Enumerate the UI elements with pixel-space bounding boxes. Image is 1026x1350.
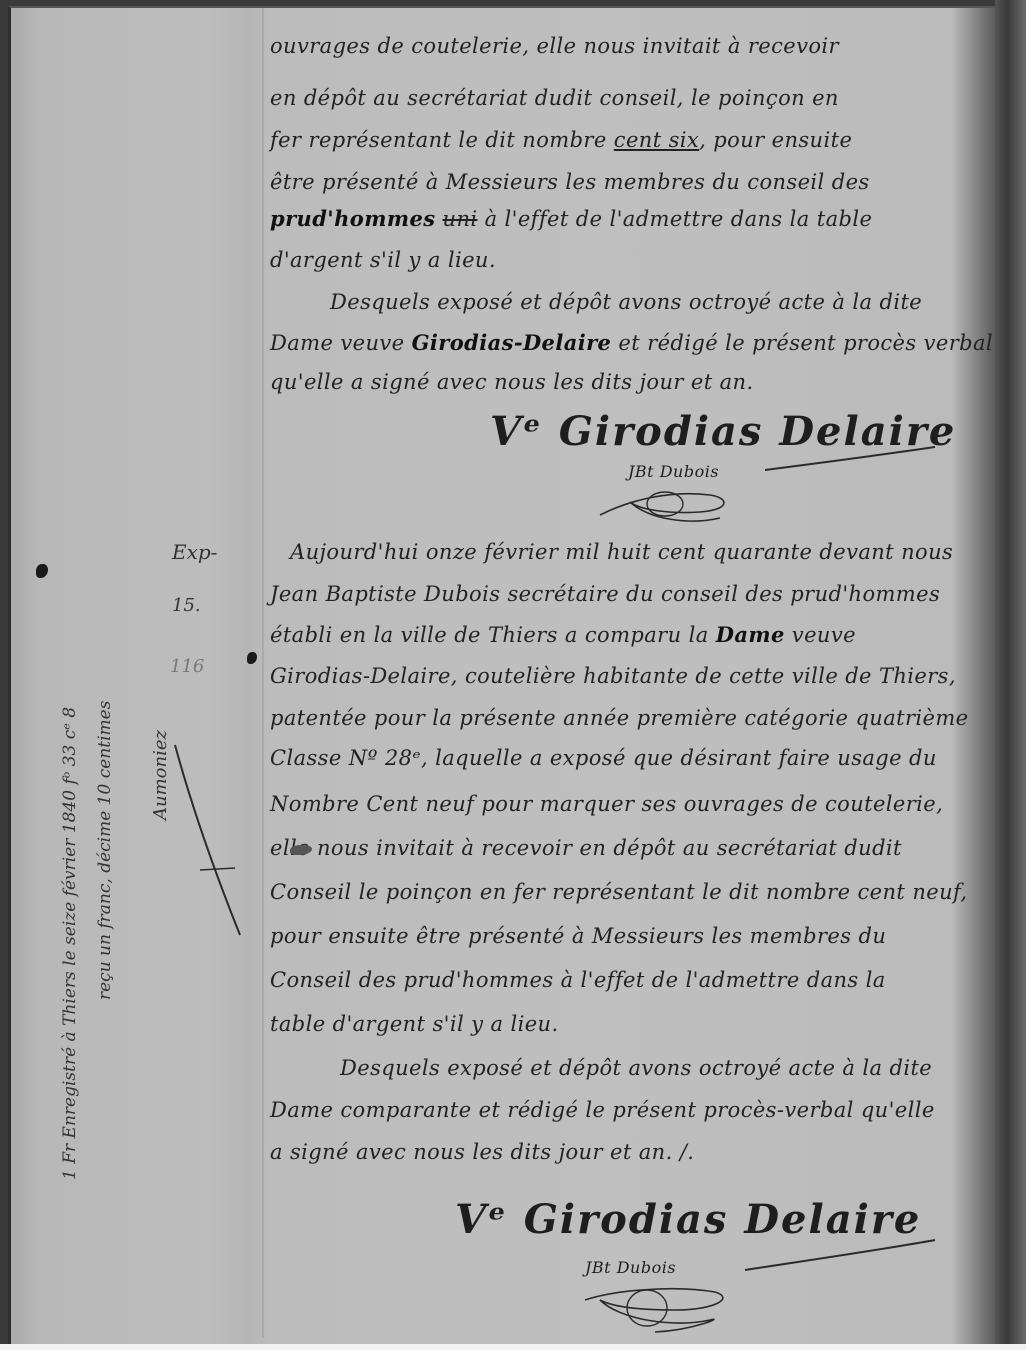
entry2-line-10: pour ensuite être présenté à Messieurs l… <box>270 924 886 948</box>
margin-registration-line-1: 1 Fr Enregistré à Thiers le seize févrie… <box>60 707 80 1180</box>
entry2-line-11: Conseil des prud'hommes à l'effet de l'a… <box>270 968 886 992</box>
entry1-line-4: être présenté à Messieurs les membres du… <box>270 170 870 194</box>
entry2-line-5: patentée pour la présente année première… <box>270 706 969 730</box>
entry1-line-3-text: fer représentant le dit nombre <box>270 128 607 152</box>
entry2-line-3-tail: veuve <box>785 623 856 647</box>
entry2-line-8: elle nous invitait à recevoir en dépôt a… <box>270 836 902 860</box>
signature-underline-stroke-1 <box>760 445 940 475</box>
entry2-line-4: Girodias-Delaire, coutelière habitante d… <box>270 664 956 688</box>
entry2-line-3: établi en la ville de Thiers a comparu l… <box>270 622 856 647</box>
entry2-closing-3: a signé avec nous les dits jour et an. /… <box>270 1140 694 1164</box>
entry1-line-1: ouvrages de coutelerie, elle nous invita… <box>270 34 839 58</box>
entry2-line-9: Conseil le poinçon en fer représentant l… <box>270 880 968 904</box>
entry2-closing-1: Desquels exposé et dépôt avons octroyé a… <box>340 1056 932 1080</box>
entry2-line-2: Jean Baptiste Dubois secrétaire du conse… <box>270 582 940 606</box>
signature-dubois-2: JBt Dubois <box>585 1258 676 1277</box>
entry2-line-1: Aujourd'hui onze février mil huit cent q… <box>290 540 953 564</box>
margin-note-faint-number: 116 <box>170 656 204 677</box>
name-girodias-delaire: Girodias-Delaire <box>412 330 612 355</box>
word-dame: Dame <box>716 622 785 647</box>
entry2-line-6: Classe Nº 28ᵉ, laquelle a exposé que dés… <box>270 746 937 770</box>
entry1-line-5-text: prud'hommes <box>270 206 435 231</box>
paraph-flourish-2 <box>575 1280 735 1340</box>
signature-underline-stroke-2 <box>740 1238 940 1274</box>
entry1-line-5-tail: à l'effet de l'admettre dans la table <box>485 207 873 231</box>
entry1-closing-3: qu'elle a signé avec nous les dits jour … <box>270 370 754 394</box>
entry1-line-6: d'argent s'il y a lieu. <box>270 248 496 272</box>
entry1-closing-2: Dame veuve Girodias-Delaire et rédigé le… <box>270 330 993 355</box>
entry2-line-7: Nombre Cent neuf pour marquer ses ouvrag… <box>270 792 943 816</box>
margin-note-number: 15. <box>172 595 201 616</box>
number-underlined: cent six <box>614 128 699 152</box>
entry1-line-2: en dépôt au secrétariat dudit conseil, l… <box>270 86 839 110</box>
margin-registration-line-2: reçu un franc, décime 10 centimes <box>95 701 115 1000</box>
paraph-flourish-1 <box>590 480 740 530</box>
margin-note-exp: Exp- <box>172 540 217 564</box>
entry2-line-3-text: établi en la ville de Thiers a comparu l… <box>270 623 709 647</box>
entry1-closing-2-tail: et rédigé le présent procès verbal <box>618 331 993 355</box>
entry1-line-5: prud'hommes uni à l'effet de l'admettre … <box>270 206 872 231</box>
entry1-closing-1: Desquels exposé et dépôt avons octroyé a… <box>330 290 922 314</box>
entry1-line-3: fer représentant le dit nombre cent six,… <box>270 128 852 152</box>
signature-girodias-delaire-2: Vᵉ Girodias Delaire <box>455 1196 921 1243</box>
entry2-line-12: table d'argent s'il y a lieu. <box>270 1012 559 1036</box>
page-fold-line <box>262 8 264 1338</box>
page-bottom-edge <box>0 1344 1026 1350</box>
entry1-closing-2-text: Dame veuve <box>270 331 404 355</box>
page-right-edge <box>995 0 1026 1350</box>
struck-word: uni <box>443 207 478 231</box>
margin-signature-stroke <box>160 740 250 940</box>
entry2-closing-2: Dame comparante et rédigé le présent pro… <box>270 1098 935 1122</box>
entry1-line-3-tail: , pour ensuite <box>699 128 852 152</box>
signature-dubois-1: JBt Dubois <box>628 462 719 481</box>
